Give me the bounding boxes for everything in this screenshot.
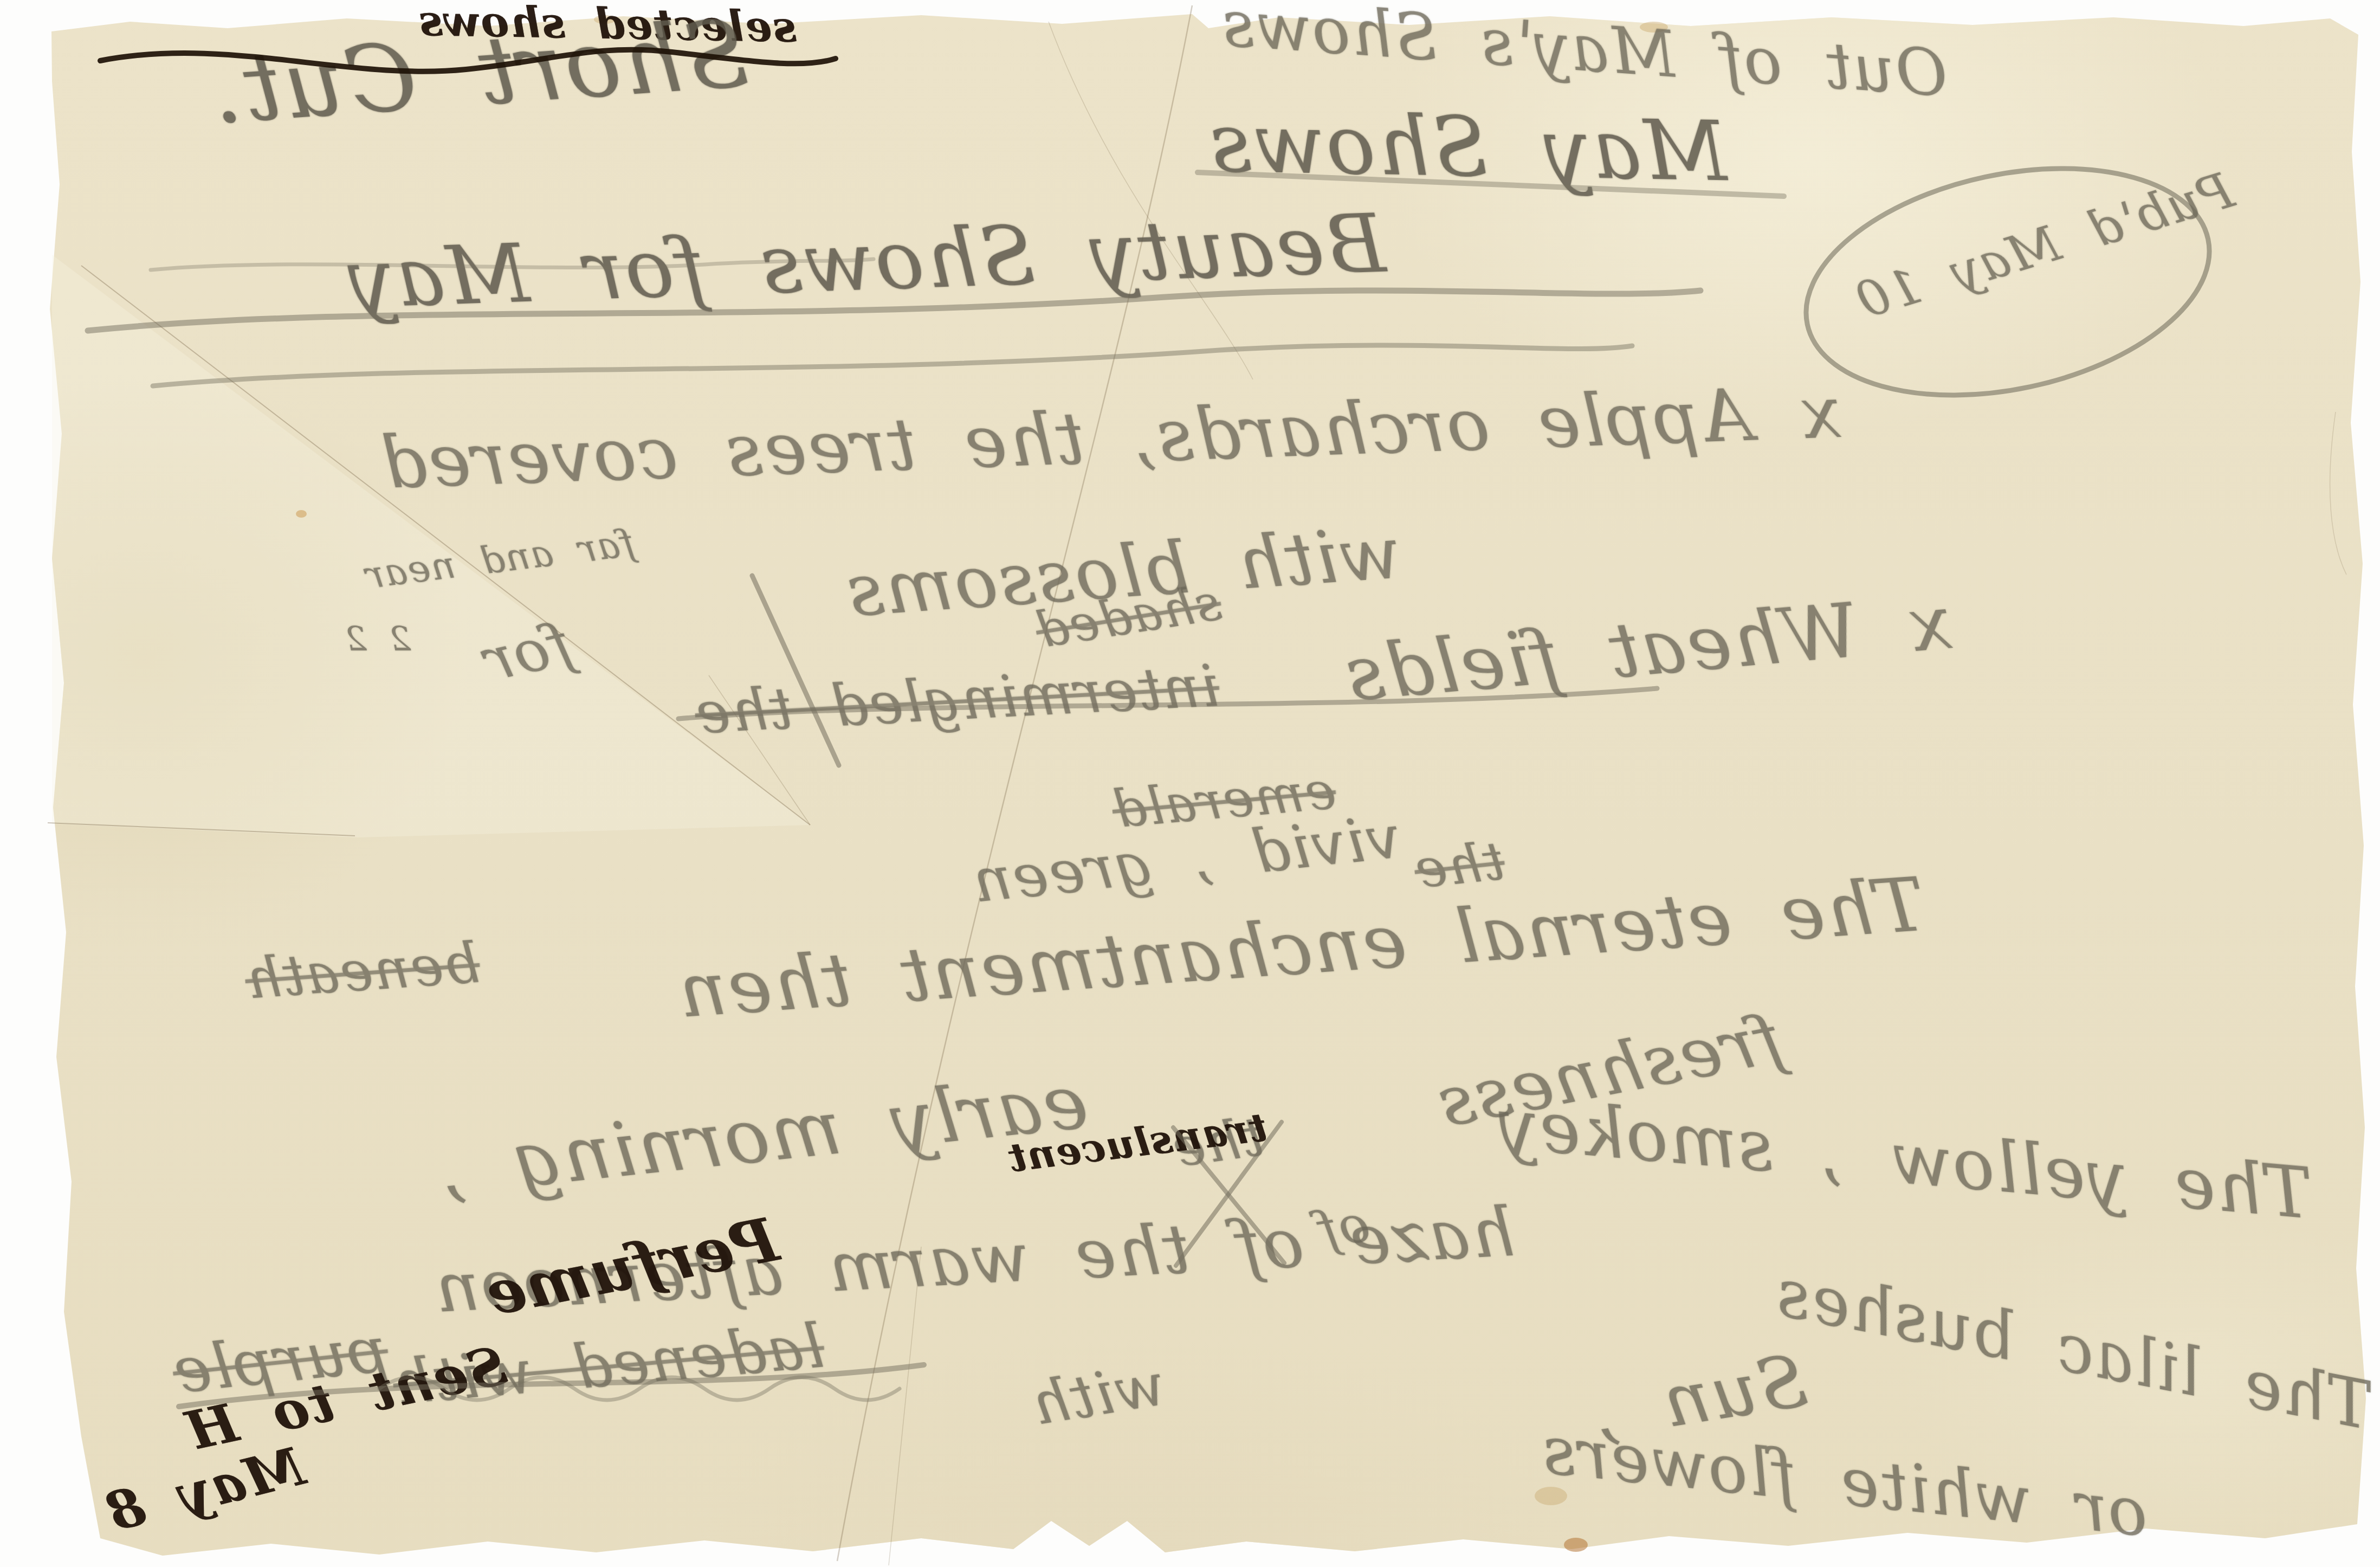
pencil-title-may-shows: May Shows [1208,102,1729,194]
pencil-word-the-struck: the [1412,835,1507,897]
scanned-manuscript-page: selected shows Short Cut. Out of May's S… [0,0,2380,1567]
pencil-word-beneath-struck: beneath [243,936,482,1008]
pencil-note-22: 2 2 [345,622,411,656]
